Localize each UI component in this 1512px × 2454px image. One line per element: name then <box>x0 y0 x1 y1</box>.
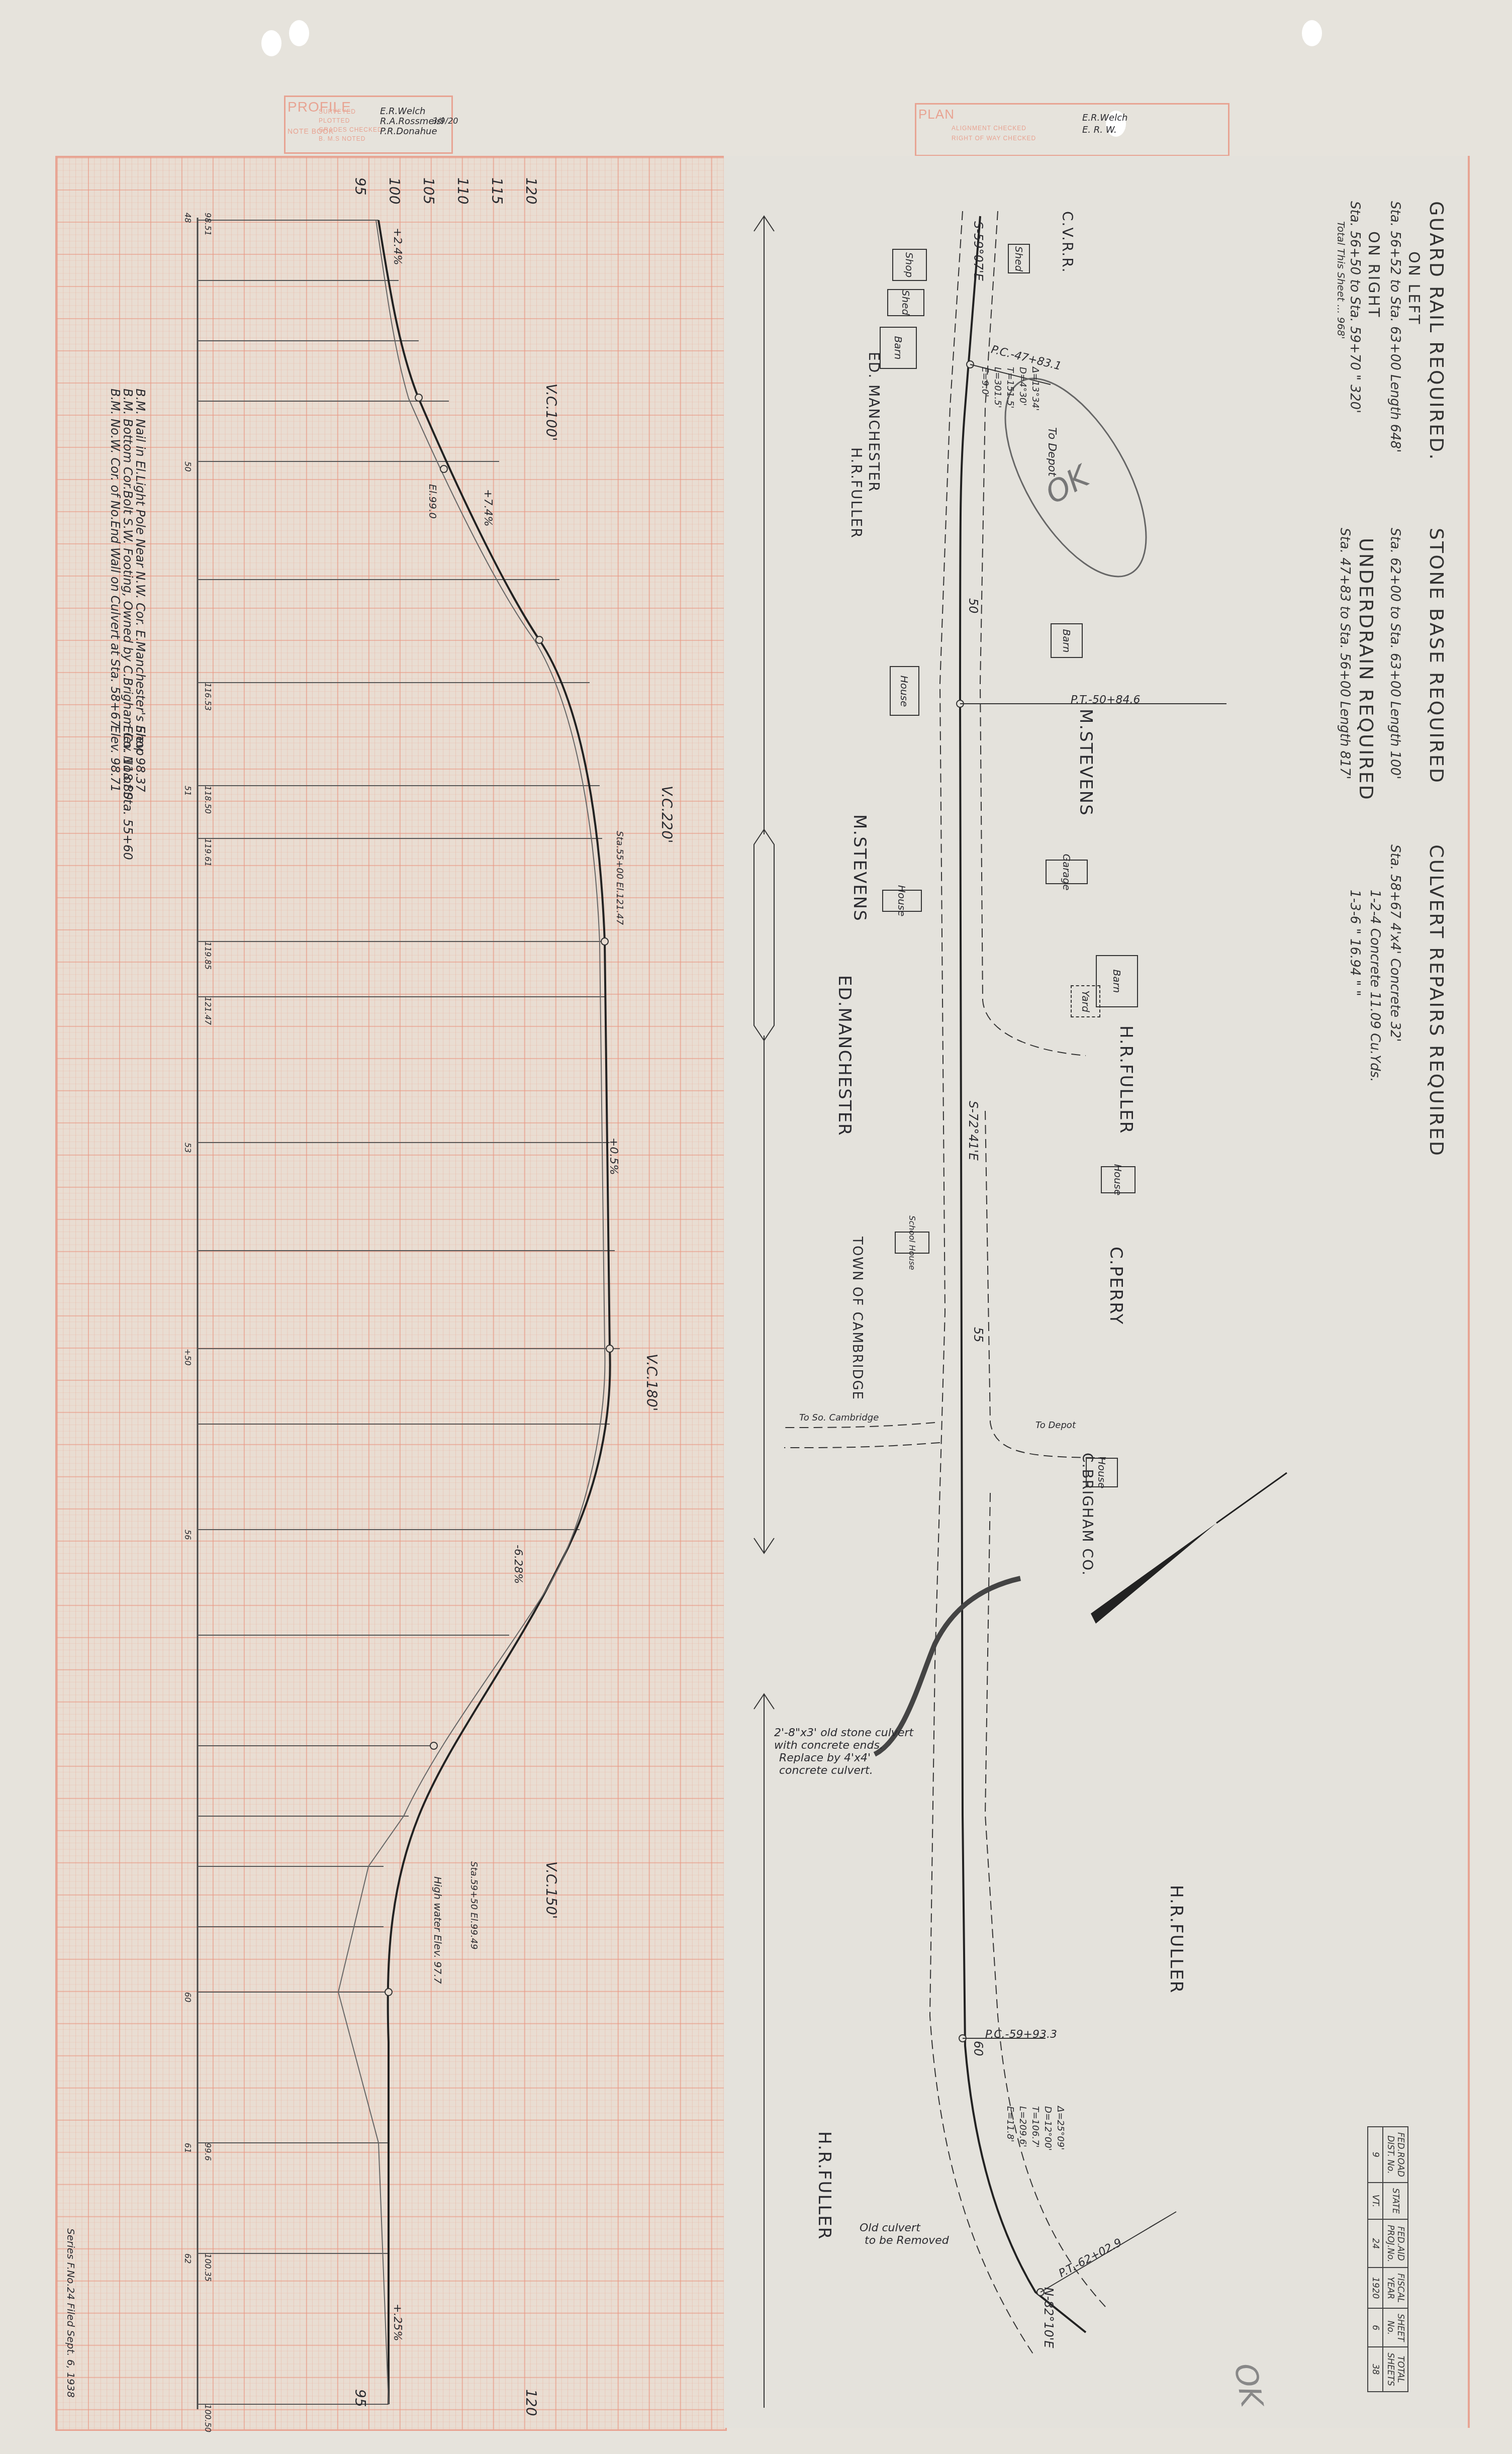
culvert-repairs-line1: Sta. 58+67 4'x4' Concrete 32' <box>1387 844 1402 1042</box>
guard-rail-title: GUARD RAIL REQUIRED. <box>1426 201 1448 461</box>
building-school-house: School House <box>895 1232 929 1254</box>
station-label: 62 <box>183 2253 193 2263</box>
fed-aid-table: FED.ROAD DIST. No. STATE FED.AID PROJ.No… <box>1367 2126 1408 2392</box>
station-label: +50 <box>183 1349 193 1366</box>
plan-title: PLAN <box>918 107 955 122</box>
station-label: 48 <box>183 213 193 223</box>
punch-hole <box>289 20 309 46</box>
guard-rail-on-right: ON RIGHT <box>1365 231 1382 318</box>
building-garage: Garage <box>1046 860 1088 884</box>
fed-table-header: TOTAL SHEETS <box>1383 2347 1408 2391</box>
underdrain-title: UNDERDRAIN REQUIRED <box>1355 538 1377 801</box>
owner-label: C.PERRY <box>1106 1247 1126 1325</box>
fed-table-header: SHEET No. <box>1383 2308 1408 2347</box>
owner-label: M.STEVENS <box>1076 709 1096 816</box>
owner-label: TOWN OF CAMBRIDGE <box>849 1237 865 1400</box>
guard-rail-total: Total This Sheet ... 968' <box>1335 221 1347 339</box>
pencil-ok-mark: OK <box>1227 2361 1269 2409</box>
grade-label: +7.4% <box>482 489 494 526</box>
underdrain-line: Sta. 47+83 to Sta. 56+00 Length 817' <box>1337 528 1352 779</box>
profile-grid: 95 100 105 110 115 120 95 120 V.C.100' V… <box>55 156 727 2431</box>
elevation-value: 98.51 <box>203 213 213 236</box>
pt-label: P.T.-50+84.6 <box>1071 694 1140 706</box>
series-note: Series F.No.24 Filed Sept. 6, 1938 <box>65 2228 77 2398</box>
building-house: House <box>882 890 922 912</box>
road-label-to-so-cambridge: To So. Cambridge <box>799 1412 879 1423</box>
elevation-value: 118.50 <box>203 786 213 814</box>
tb-row-grades: GRADES CHECKED <box>319 126 383 133</box>
culvert-note: with concrete ends. <box>774 1739 883 1752</box>
fed-table-header: FED.ROAD DIST. No. <box>1383 2127 1408 2183</box>
elev-tick-115: 115 <box>489 177 505 204</box>
station-label: 56 <box>183 1530 193 1540</box>
building-house: House <box>890 666 919 716</box>
elev-tick-100: 100 <box>386 177 403 204</box>
benchmark-note: B.M. No.W. Cor. of No.End Wall on Culver… <box>108 389 122 727</box>
old-culvert-note: to be Removed <box>865 2234 949 2247</box>
vc-label: V.C.100' <box>543 384 559 441</box>
station-label: 60 <box>183 1992 193 2002</box>
elev-tick-95: 95 <box>352 177 368 196</box>
punch-hole <box>261 30 281 56</box>
fed-table-value: 24 <box>1368 2219 1383 2268</box>
building-shed: Shed <box>887 289 924 316</box>
tb-row-plotted: PLOTTED <box>319 117 350 124</box>
profile-annotation: Sta.59+50 El.99.49 <box>468 1861 479 1949</box>
vc-label: V.C.180' <box>643 1354 660 1411</box>
guard-rail-right-line: Sta. 56+50 to Sta. 59+70 " 320' <box>1347 201 1362 413</box>
station-label: 53 <box>183 1143 193 1153</box>
building-barn: Barn <box>1051 623 1083 658</box>
culvert-repairs-title: CULVERT REPAIRS REQUIRED <box>1426 844 1448 1157</box>
owner-label: H.R.FULLER <box>1116 1025 1136 1134</box>
curve2-e: E=11.8' <box>1005 2106 1015 2142</box>
building-shop: Shop <box>892 249 927 281</box>
elevation-value: 100.50 <box>203 2404 213 2432</box>
guard-rail-left-line: Sta. 56+52 to Sta. 63+00 Length 648' <box>1387 201 1402 452</box>
road-label-to-depot: To Depot <box>1046 427 1058 477</box>
benchmark-note: B.M. Nail in El.Light Pole Near N.W. Cor… <box>133 389 147 756</box>
vc-label: V.C.220' <box>658 786 675 843</box>
tb-row-surveyed: SURVEYED <box>319 108 356 115</box>
curve2-d: D=12°00' <box>1043 2106 1053 2151</box>
owner-label: H.R.FULLER <box>848 447 865 539</box>
plan-title-block: PLAN ALIGNMENT CHECKED RIGHT OF WAY CHEC… <box>915 103 1230 156</box>
bearing-label: N-82°10'E <box>1042 2287 1056 2348</box>
curve1-t: T=151.5' <box>1005 367 1015 409</box>
plan-surveyed-by: E.R.Welch <box>1082 113 1128 123</box>
building-barn: Barn <box>1096 955 1138 1007</box>
building-shed: Shed <box>1008 244 1030 273</box>
owner-label: H.R.FULLER <box>1166 1885 1186 1994</box>
curve2-delta: Δ=25°09' <box>1055 2106 1066 2150</box>
plan-view: GUARD RAIL REQUIRED. ON LEFT Sta. 56+52 … <box>724 156 1470 2428</box>
surveyed-by: E.R.Welch <box>380 106 426 117</box>
benchmark-elev: Elev. 98.37 <box>133 725 147 792</box>
plotted-date: 3/9/20 <box>432 116 458 126</box>
elevation-value: 100.35 <box>203 2253 213 2282</box>
station-label: 61 <box>183 2143 193 2153</box>
plan-tb-row-alignment: ALIGNMENT CHECKED <box>952 125 1026 132</box>
road-label-to-depot: To Depot <box>1035 1420 1076 1431</box>
plan-tb-row-row: RIGHT OF WAY CHECKED <box>952 135 1036 142</box>
old-culvert-note: Old culvert <box>860 2222 920 2234</box>
fed-table-value: 38 <box>1368 2347 1383 2391</box>
fed-table-header: FISCAL YEAR <box>1383 2268 1408 2308</box>
tb-row-bms: B. M.S NOTED <box>319 135 365 142</box>
curve1-delta: Δ=13°34' <box>1030 367 1041 411</box>
elev-tick-120-bottom: 120 <box>523 2389 539 2416</box>
grade-label: +0.5% <box>607 1138 620 1175</box>
culvert-note: Replace by 4'x4' <box>779 1752 871 1764</box>
profile-lines <box>57 157 725 2429</box>
curve1-l: L=301.5' <box>992 367 1003 408</box>
station-mark: 55 <box>971 1327 985 1343</box>
yard: Yard <box>1071 985 1100 1017</box>
culvert-note: 2'-8"x3' old stone culvert <box>774 1727 913 1739</box>
culvert-repairs-line3: 1-3-6 " 16.94 " " <box>1347 890 1362 996</box>
elevation-value: 116.53 <box>203 683 213 711</box>
bearing-label: S-72°41'E <box>966 1101 980 1161</box>
punch-hole <box>1302 20 1322 46</box>
building-barn: Barn <box>880 327 917 369</box>
railroad-label: C.V.R.R. <box>1059 211 1076 273</box>
elev-tick-120: 120 <box>523 177 539 204</box>
fed-table-value: 9 <box>1368 2127 1383 2183</box>
fed-table-value: VT. <box>1368 2183 1383 2219</box>
profile-title-block: PROFILE NOTE BOOK SURVEYED PLOTTED GRADE… <box>284 96 453 154</box>
owner-label: ED. MANCHESTER <box>866 352 882 493</box>
stone-base-line: Sta. 62+00 to Sta. 63+00 Length 100' <box>1387 528 1402 779</box>
bearing-label: S-59°07'E <box>971 221 985 281</box>
building-house: House <box>1086 1458 1118 1487</box>
building-house: House <box>1101 1166 1136 1193</box>
vc-label: V.C.150' <box>543 1861 559 1919</box>
curve1-e: E=9.0' <box>980 367 990 397</box>
grades-checked-by: P.R.Donahue <box>380 126 437 137</box>
curve1-d: D=4°30' <box>1017 367 1028 406</box>
station-label: 51 <box>183 786 193 796</box>
profile-annotation: Sta.55+00 El.121.47 <box>614 831 625 925</box>
profile-annotation: High water Elev. 97.7 <box>432 1876 444 1984</box>
culvert-repairs-line2: 1-2-4 Concrete 11.09 Cu.Yds. <box>1367 890 1382 1082</box>
station-label: 50 <box>183 461 193 471</box>
grade-label: +.25% <box>391 2304 404 2341</box>
owner-label: M.STEVENS <box>849 814 870 922</box>
elevation-value: 121.47 <box>203 997 213 1025</box>
plan-lines <box>724 156 1468 2428</box>
elevation-value: 119.61 <box>203 838 213 867</box>
station-mark: 60 <box>971 2041 985 2056</box>
stone-base-title: STONE BASE REQUIRED <box>1426 528 1448 784</box>
elev-tick-95-bottom: 95 <box>352 2389 368 2407</box>
grade-label: -6.28% <box>512 1545 524 1584</box>
station-mark: 50 <box>966 598 980 614</box>
fed-table-header: FED.AID PROJ.No. <box>1383 2219 1408 2268</box>
drawing-sheet: PROFILE NOTE BOOK SURVEYED PLOTTED GRADE… <box>0 0 1512 2454</box>
owner-label: ED.MANCHESTER <box>834 975 855 1137</box>
elev-tick-110: 110 <box>454 177 471 204</box>
curve2-l: L=209.6' <box>1017 2106 1028 2147</box>
benchmark-elev: Elev. 98.71 <box>108 725 122 792</box>
fed-table-value: 6 <box>1368 2308 1383 2347</box>
grade-label: +2.4% <box>391 228 404 265</box>
pc-label: P.C.-59+93.3 <box>985 2028 1057 2041</box>
fed-table-value: 1920 <box>1368 2268 1383 2308</box>
elevation-value: 119.85 <box>203 941 213 970</box>
profile-annotation: El.99.0 <box>427 484 439 519</box>
benchmark-elev: Elev. 118.80 <box>121 725 135 800</box>
elevation-value: 99.6 <box>203 2143 213 2161</box>
elev-tick-105: 105 <box>420 177 437 204</box>
guard-rail-on-left: ON LEFT <box>1405 251 1423 325</box>
curve2-t: T=106.7' <box>1030 2106 1041 2148</box>
plan-plotted-by: E. R. W. <box>1082 125 1117 135</box>
owner-label: H.R.FULLER <box>814 2131 834 2240</box>
culvert-note: concrete culvert. <box>779 1764 873 1777</box>
fed-table-header: STATE <box>1383 2183 1408 2219</box>
